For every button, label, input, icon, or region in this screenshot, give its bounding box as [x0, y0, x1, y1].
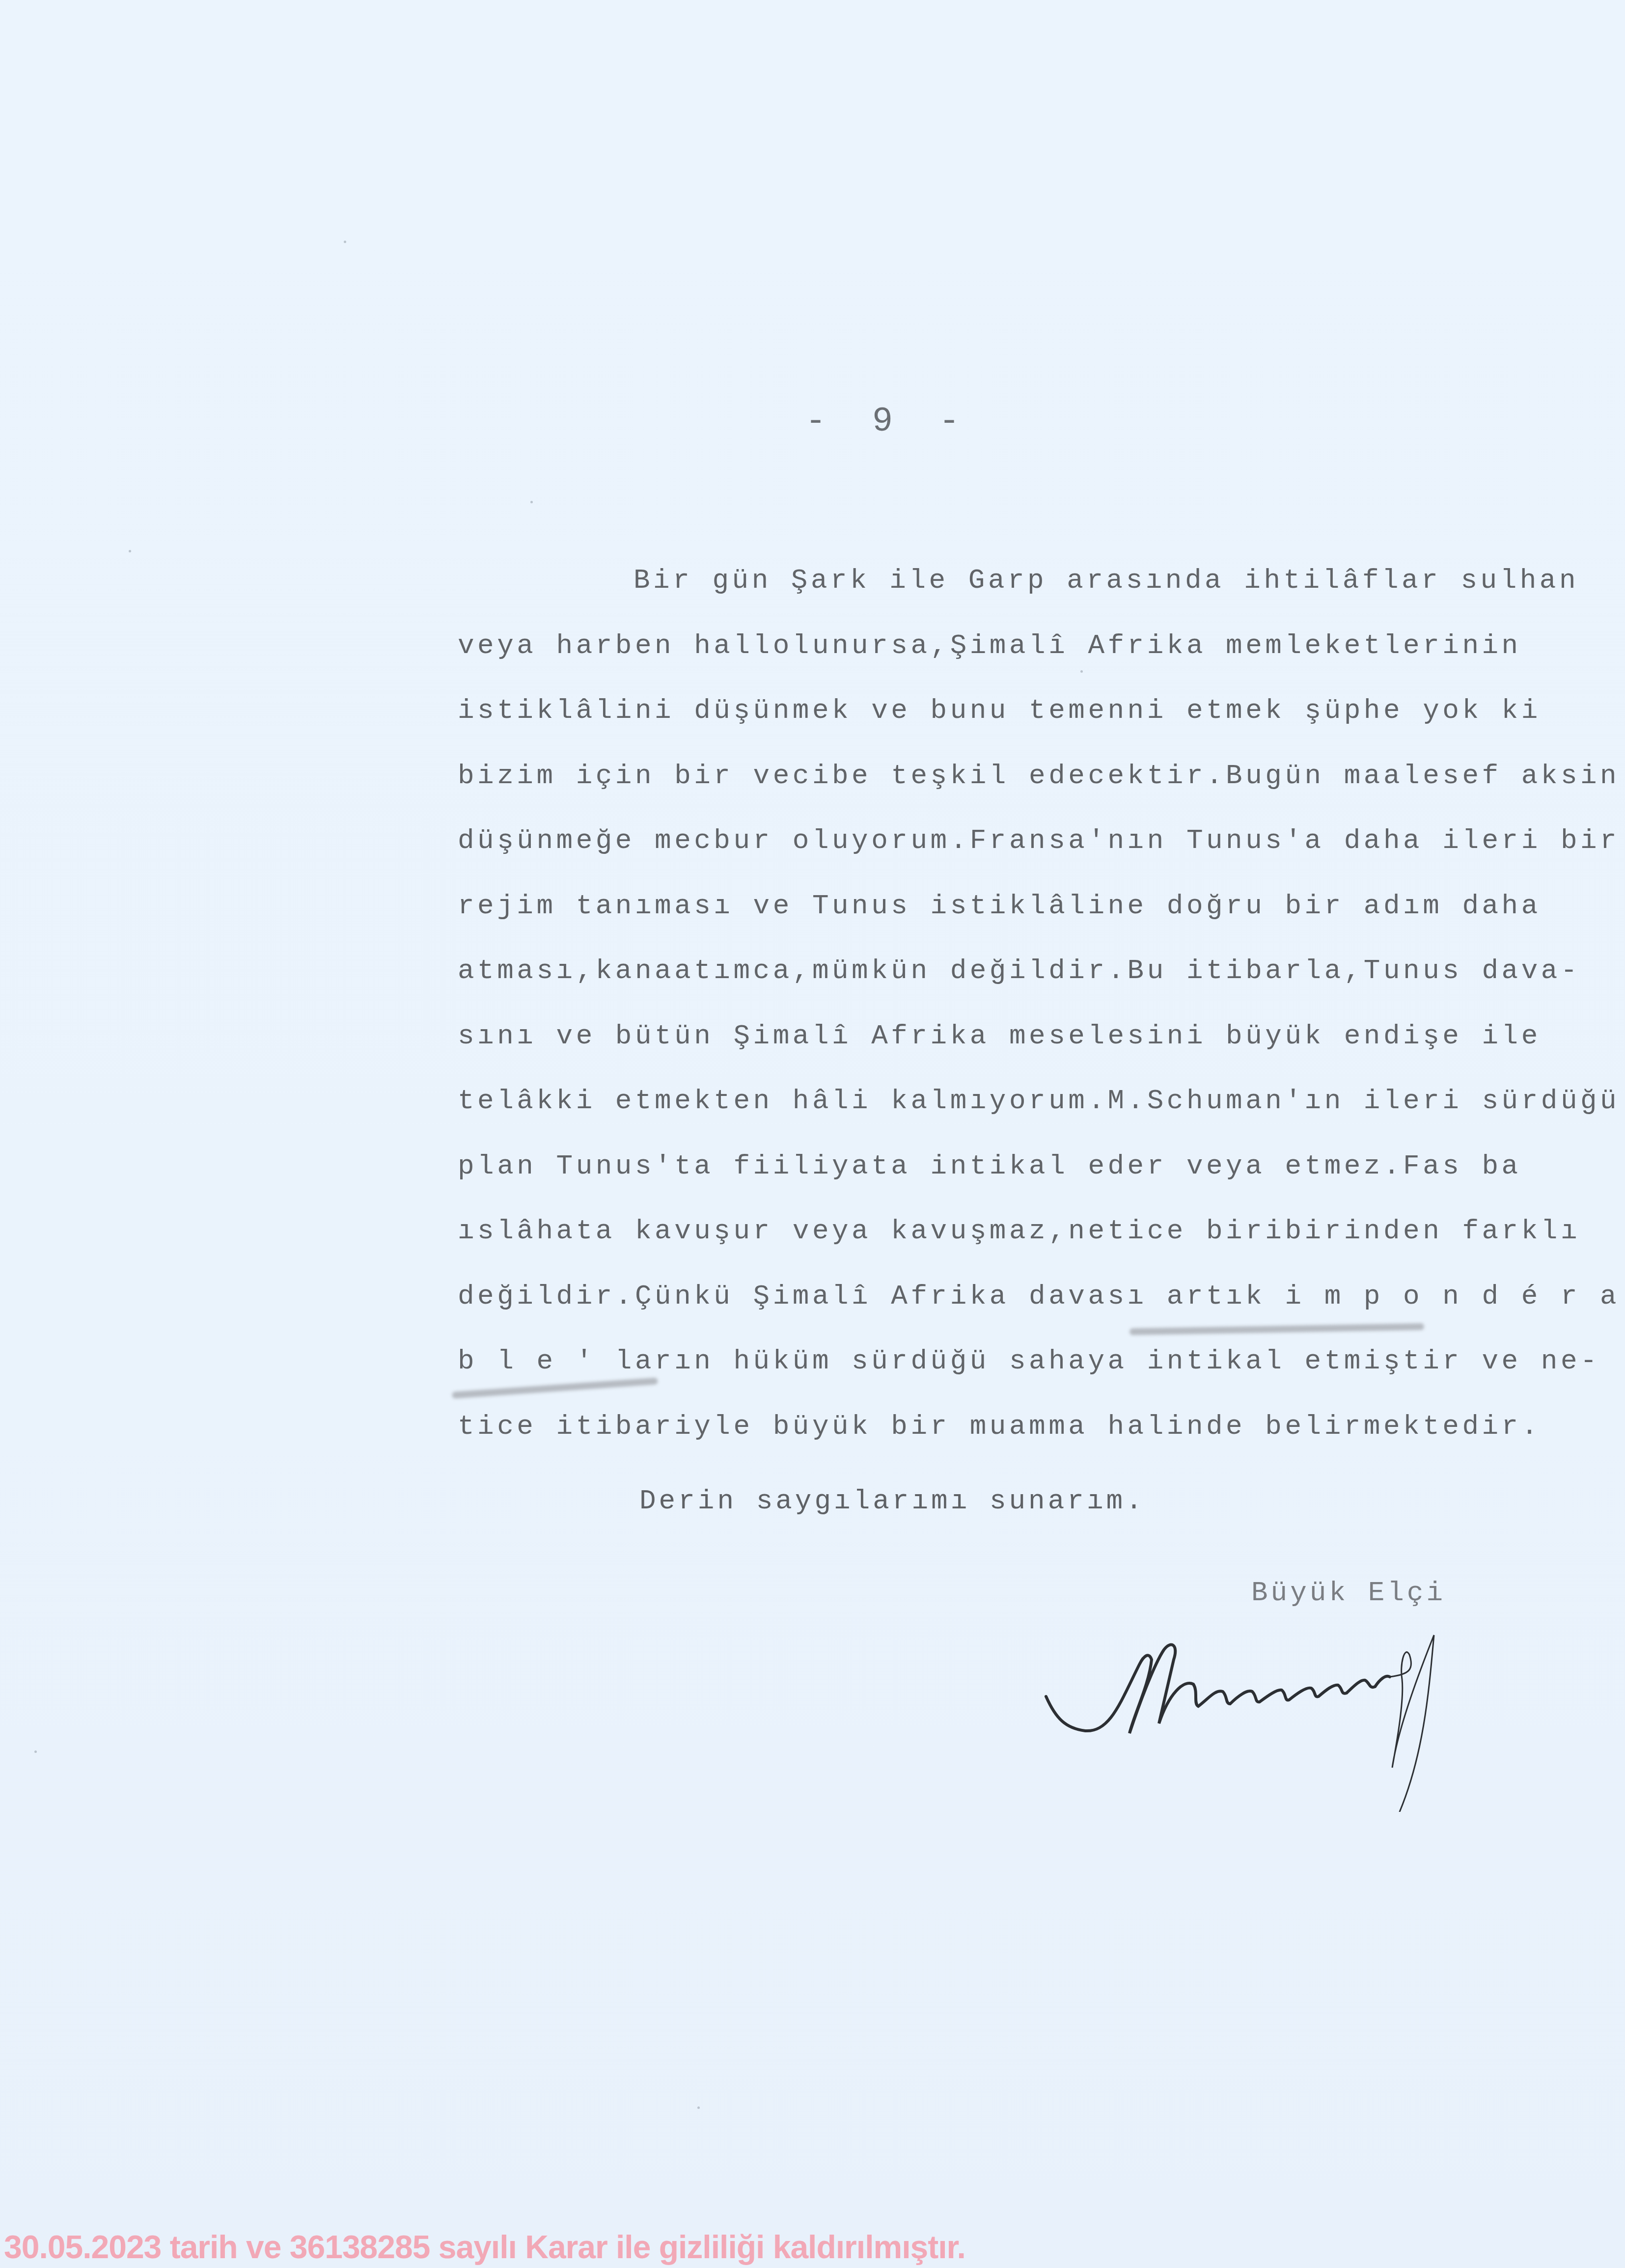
paragraph-line: veya harben hallolunursa,Şimalî Afrika m…: [458, 630, 1521, 661]
paragraph-line: düşünmeğe mecbur oluyorum.Fransa'nın Tun…: [458, 825, 1620, 856]
paragraph-line: değildir.Çünkü Şimalî Afrika davası artı…: [458, 1281, 1620, 1312]
pencil-underline: [1129, 1323, 1424, 1335]
document-page: - 9 - Bir gün Şark ile Garp arasında iht…: [0, 0, 1625, 2268]
paragraph-line: tice itibariyle büyük bir muamma halinde…: [458, 1411, 1541, 1442]
paragraph-line: ıslâhata kavuşur veya kavuşmaz,netice bi…: [458, 1215, 1580, 1247]
paragraph-line: sını ve bütün Şimalî Afrika meselesini b…: [458, 1020, 1541, 1052]
signature-icon: [1036, 1606, 1601, 1812]
closing-salutation: Derin saygılarımı sunarım.: [639, 1485, 1145, 1517]
paragraph-line: plan Tunus'ta fiiliyata intikal eder vey…: [458, 1150, 1521, 1182]
paragraph-line: telâkki etmekten hâli kalmıyorum.M.Schum…: [458, 1085, 1620, 1117]
signatory-title: Büyük Elçi: [1251, 1577, 1446, 1609]
paragraph-line: bizim için bir vecibe teşkil edecektir.B…: [458, 760, 1620, 792]
declassification-notice: 30.05.2023 tarih ve 36138285 sayılı Kara…: [4, 2228, 965, 2266]
pencil-underline: [452, 1377, 658, 1398]
paragraph-line: istiklâlini düşünmek ve bunu temenni etm…: [458, 695, 1541, 726]
paragraph-line: Bir gün Şark ile Garp arasında ihtilâfla…: [633, 565, 1579, 596]
page-number: - 9 -: [805, 403, 972, 441]
paragraph-line: atması,kanaatımca,mümkün değildir.Bu iti…: [458, 955, 1580, 986]
paragraph-line: b l e ' ların hüküm sürdüğü sahaya intik…: [458, 1345, 1600, 1377]
paragraph-line: rejim tanıması ve Tunus istiklâline doğr…: [458, 890, 1541, 922]
